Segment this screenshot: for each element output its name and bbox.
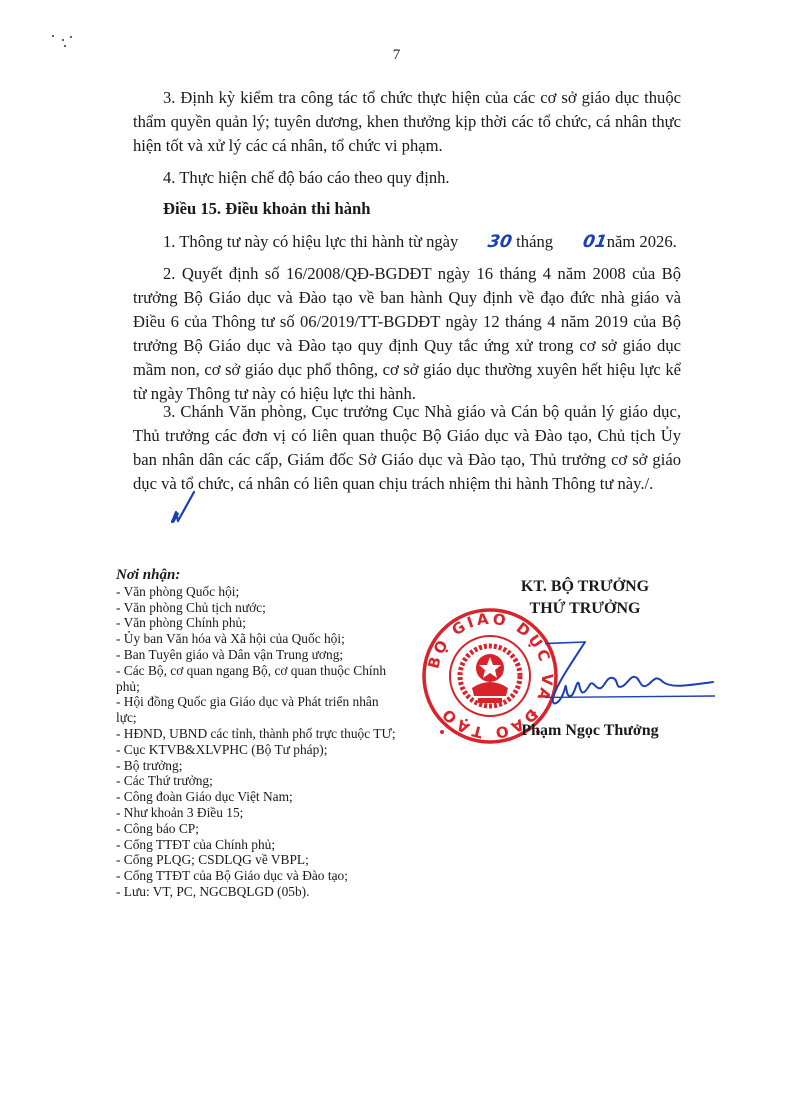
recipient-item: - Văn phòng Quốc hội; — [116, 584, 396, 600]
clause-1-month-label: tháng — [512, 232, 553, 251]
recipient-item: - Công báo CP; — [116, 821, 396, 837]
recipient-item: - Ban Tuyên giáo và Dân vận Trung ương; — [116, 647, 396, 663]
paragraph-item-4: 4. Thực hiện chế độ báo cáo theo quy địn… — [133, 166, 681, 190]
article-heading: Điều 15. Điều khoản thi hành — [163, 199, 371, 219]
recipient-item: - Các Thứ trưởng; — [116, 773, 396, 789]
page-number: 7 — [0, 47, 793, 64]
handwritten-signature-icon — [545, 638, 715, 718]
clause-1-suffix: năm 2026. — [607, 232, 677, 251]
recipient-item: - Công đoàn Giáo dục Việt Nam; — [116, 789, 396, 805]
recipient-item: - Cổng TTĐT của Chính phủ; — [116, 837, 396, 853]
recipient-item: - Văn phòng Chính phủ; — [116, 615, 396, 631]
recipient-item: - Văn phòng Chủ tịch nước; — [116, 600, 396, 616]
recipient-item: - Cổng PLQG; CSDLQG về VBPL; — [116, 852, 396, 868]
signature-block: BỘ GIÁO DỤC VÀ ĐÀO TẠO KT. BỘ TRƯỞNG THỨ… — [420, 576, 710, 756]
recipient-item: - Ủy ban Văn hóa và Xã hội của Quốc hội; — [116, 631, 396, 647]
clause-1: 1. Thông tư này có hiệu lực thi hành từ … — [133, 230, 681, 254]
signature-title: KT. BỘ TRƯỞNG THỨ TRƯỞNG — [495, 576, 675, 620]
recipient-item: - Cục KTVB&XLVPHC (Bộ Tư pháp); — [116, 742, 396, 758]
paragraph-item-3: 3. Định kỳ kiểm tra công tác tổ chức thự… — [133, 86, 681, 158]
recipients-title: Nơi nhận: — [116, 568, 396, 584]
clause-3: 3. Chánh Văn phòng, Cục trưởng Cục Nhà g… — [133, 400, 681, 496]
handwritten-month: 01 — [551, 230, 609, 254]
recipients-block: Nơi nhận: - Văn phòng Quốc hội;- Văn phò… — [116, 568, 396, 900]
handwritten-day: 30 — [456, 230, 514, 254]
recipient-item: - Hội đồng Quốc gia Giáo dục và Phát tri… — [116, 694, 396, 726]
checkmark-icon — [168, 488, 198, 528]
recipient-item: - Lưu: VT, PC, NGCBQLGD (05b). — [116, 884, 396, 900]
signer-name: Phạm Ngọc Thưởng — [490, 722, 690, 740]
clause-2: 2. Quyết định số 16/2008/QĐ-BGDĐT ngày 1… — [133, 262, 681, 406]
recipient-item: - Các Bộ, cơ quan ngang Bộ, cơ quan thuộ… — [116, 663, 396, 695]
recipients-list: - Văn phòng Quốc hội;- Văn phòng Chủ tịc… — [116, 584, 396, 900]
recipient-item: - Cổng TTĐT của Bộ Giáo dục và Đào tạo; — [116, 868, 396, 884]
recipient-item: - Như khoản 3 Điều 15; — [116, 805, 396, 821]
recipient-item: - Bộ trưởng; — [116, 758, 396, 774]
clause-1-prefix: 1. Thông tư này có hiệu lực thi hành từ … — [163, 232, 458, 251]
recipient-item: - HĐND, UBND các tỉnh, thành phố trực th… — [116, 726, 396, 742]
